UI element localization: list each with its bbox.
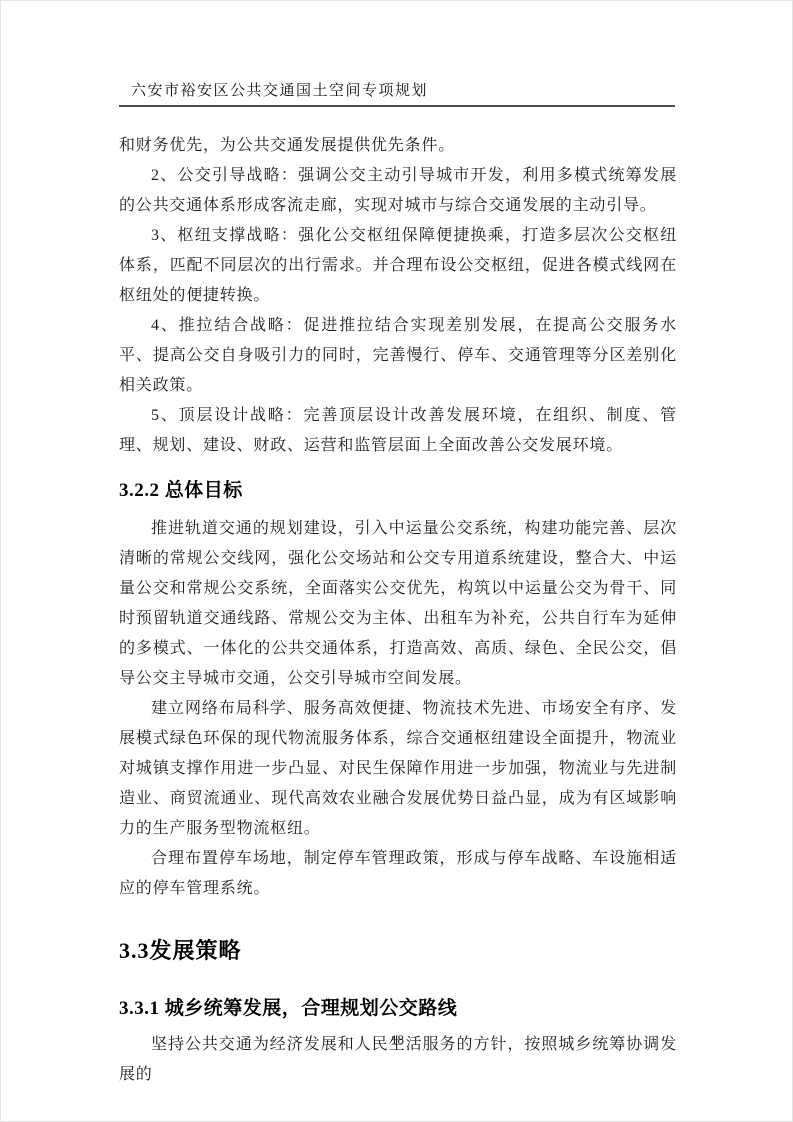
paragraph-strategy-push-pull: 4、推拉结合战略：促进推拉结合实现差别发展，在提高公交服务水平、提高公交自身吸引… [119,311,677,401]
heading-development-strategy: 3.3发展策略 [119,934,677,965]
page-footer: 18 [1,1031,793,1049]
document-body: 和财务优先，为公共交通发展提供优先条件。 2、公交引导战略：强调公交主动引导城市… [119,131,677,1090]
paragraph-strategy-transit-guidance: 2、公交引导战略：强调公交主动引导城市开发，利用多模式统筹发展的公共交通体系形成… [119,161,677,221]
document-title: 六安市裕安区公共交通国土空间专项规划 [119,79,675,100]
paragraph-strategy-hub-support: 3、枢纽支撑战略：强化公交枢纽保障便捷换乘，打造多层次公交枢纽体系，匹配不同层次… [119,221,677,311]
page-number: 18 [391,1032,404,1047]
paragraph-rail-transit-goal: 推进轨道交通的规划建设，引入中运量公交系统，构建功能完善、层次清晰的常规公交线网… [119,514,677,694]
paragraph-logistics-goal: 建立网络布局科学、服务高效便捷、物流技术先进、市场安全有序、发展模式绿色环保的现… [119,694,677,844]
paragraph-strategy-top-level-design: 5、顶层设计战略：完善顶层设计改善发展环境，在组织、制度、管理、规划、建设、财政… [119,401,677,461]
paragraph-parking-goal: 合理布置停车场地，制定停车管理政策，形成与停车战略、车设施相适应的停车管理系统。 [119,844,677,904]
heading-urban-rural-coordination: 3.3.1 城乡统筹发展，合理规划公交路线 [119,993,677,1020]
page-header: 六安市裕安区公共交通国土空间专项规划 [119,79,675,107]
document-page: 六安市裕安区公共交通国土空间专项规划 和财务优先，为公共交通发展提供优先条件。 … [0,0,793,1122]
paragraph-funding-priority: 和财务优先，为公共交通发展提供优先条件。 [119,131,677,161]
heading-overall-goal: 3.2.2 总体目标 [119,475,677,502]
